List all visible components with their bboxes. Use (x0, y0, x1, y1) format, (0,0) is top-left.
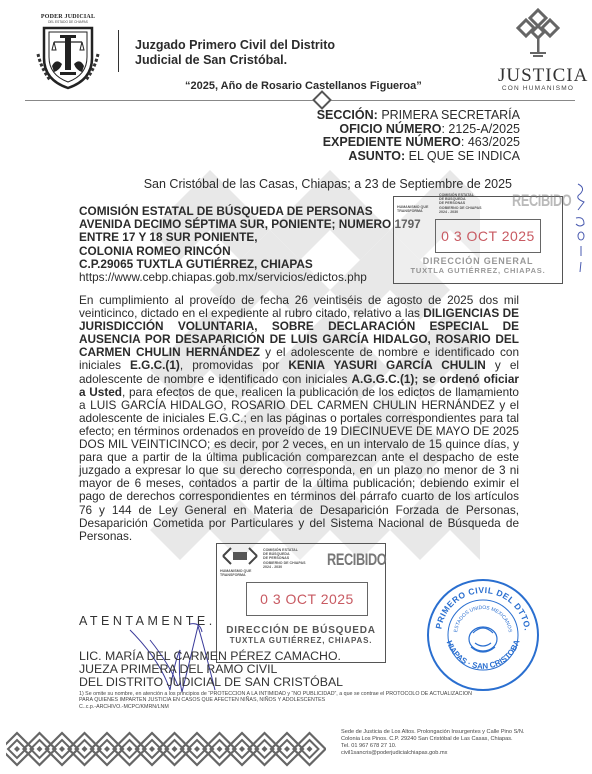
stamp-emblem-icon (221, 546, 259, 566)
date-line: San Cristóbal de las Casas, Chiapas; a 2… (144, 177, 512, 191)
oficio-row: OFICIO NÚMERO: 2125-A/2025 (317, 123, 520, 137)
tree-icon (516, 8, 560, 60)
diamond-ornament-icon (312, 90, 332, 110)
judicial-seal-logo: PODER JUDICIAL DEL ESTADO DE CHIAPAS (36, 14, 100, 92)
recipient-address: COMISIÓN ESTATAL DE BÚSQUEDA DE PERSONAS… (79, 205, 421, 284)
stamp-motto: HUMANISMO QUE TRANSFORMA (397, 205, 437, 213)
contact-email[interactable]: civil1sancris@poderjudicialchiapas.gob.m… (341, 750, 524, 757)
footnote: 1) Se omite su nombre, en atención a los… (79, 691, 529, 710)
logo-title: JUSTICIA (498, 67, 578, 85)
seccion-row: SECCIÓN: PRIMERA SECRETARÍA (317, 109, 520, 123)
contact-info: Sede de Justicia de Los Altos. Prolongac… (341, 729, 524, 757)
stamp-received-label: RECIBIDO (327, 550, 386, 570)
year-motto: “2025, Año de Rosario Castellanos Figuer… (185, 80, 422, 92)
justicia-con-humanismo-logo: JUSTICIA CON HUMANISMO (498, 8, 578, 98)
logo-subtitle: CON HUMANISMO (498, 85, 578, 92)
stamp-org: COMISIÓN ESTATAL DE BÚSQUEDA DE PERSONAS… (439, 193, 484, 214)
asunto-row: ASUNTO: EL QUE SE INDICA (317, 150, 520, 164)
received-stamp-top: HUMANISMO QUE TRANSFORMA COMISIÓN ESTATA… (393, 196, 563, 284)
body-paragraph: En cumplimiento al proveído de fecha 26 … (79, 294, 519, 543)
header-divider (118, 30, 119, 72)
stamp-date: 0 3 OCT 2025 (246, 582, 368, 616)
header-rule-right (330, 100, 575, 101)
signer-block: LIC. MARÍA DEL CARMEN PÉREZ CAMACHO. JUE… (79, 650, 343, 689)
court-seal-stamp: JUZGADO PRIMERO CIVIL DEL DTTO. JUDICIAL… (425, 577, 541, 693)
decorative-band (6, 731, 326, 767)
stamp-received-label: RECIBIDO (512, 191, 571, 211)
recipient-url[interactable]: https://www.cebp.chiapas.gob.mx/servicio… (79, 271, 421, 284)
recipient-line: ENTRE 17 Y 18 SUR PONIENTE, (79, 231, 421, 244)
signer-district: DEL DISTRITO JUDICIAL DE SAN CRISTÓBAL (79, 676, 343, 689)
recipient-line: COLONIA ROMEO RINCÓN (79, 245, 421, 258)
handwritten-note (572, 180, 590, 275)
header-rule-left (25, 100, 315, 101)
stamp-motto: HUMANISMO QUE TRANSFORMA (220, 569, 260, 577)
court-name: Juzgado Primero Civil del Distrito Judic… (135, 38, 335, 68)
coat-of-arms-icon (36, 24, 100, 90)
court-name-line1: Juzgado Primero Civil del Distrito (135, 38, 335, 53)
svg-text:ESTADOS UNIDOS MEXICANOS: ESTADOS UNIDOS MEXICANOS (453, 605, 513, 634)
stamp-dept: DIRECCIÓN GENERAL TUXTLA GUTIÉRREZ, CHIA… (396, 256, 560, 276)
stamp-org: COMISIÓN ESTATAL DE BÚSQUEDA DE PERSONAS… (263, 548, 308, 569)
stamp-date: 0 3 OCT 2025 (435, 219, 541, 253)
received-stamp-bottom: HUMANISMO QUE TRANSFORMA COMISIÓN ESTATA… (216, 543, 386, 663)
stamp-dept: DIRECCIÓN DE BÚSQUEDA TUXTLA GUTIÉRREZ, … (219, 626, 383, 646)
reference-block: SECCIÓN: PRIMERA SECRETARÍA OFICIO NÚMER… (317, 109, 520, 163)
expediente-row: EXPEDIENTE NÚMERO: 463/2025 (317, 136, 520, 150)
court-name-line2: Judicial de San Cristóbal. (135, 53, 335, 68)
